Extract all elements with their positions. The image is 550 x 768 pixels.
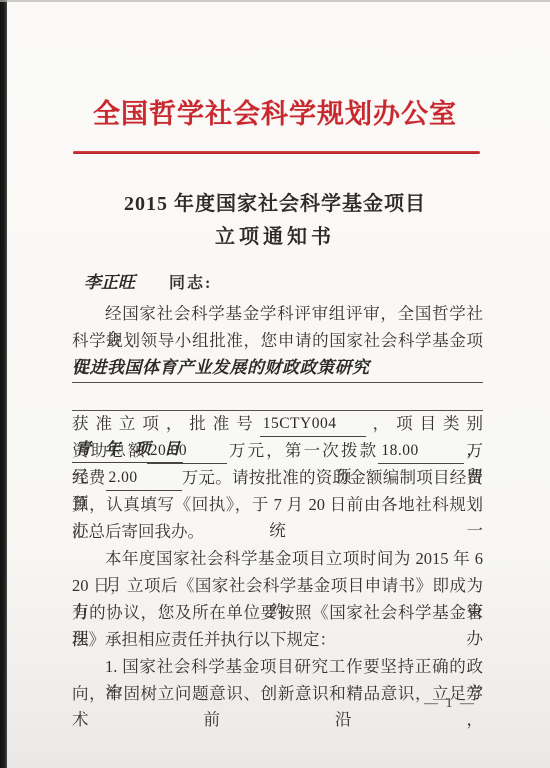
approval-prefix-label: 获准立项，批准号 [72, 414, 260, 433]
para3-line2: 20 日，立项后《国家社会科学基金项目申请书》即成为有约束 [72, 573, 483, 600]
total-grant-field: 20.00 [147, 439, 227, 464]
addressee-salutation: 同志: [169, 275, 212, 292]
para3-line1: 本年度国家社会科学基金项目立项时间为 2015 年 6 月 [72, 546, 483, 573]
doc-title-line1: 2015 年度国家社会科学基金项目 [10, 187, 540, 216]
para1-line1: 经国家社会科学基金学科评审组评审，全国哲学社会 [72, 301, 483, 328]
fields-line-approval: 获准立项，批准号15CTY004，项目类别青年项目， [72, 411, 483, 438]
project-title-handwritten: 促进我国体育产业发展的财政政策研究 [72, 358, 370, 377]
addressee-name-handwritten: 李正旺 [84, 273, 135, 292]
first-payment-field: 18.00 [378, 439, 464, 464]
fields-line-reserve: 经费2.00万元。请按批准的资助金额编制项目经费预 [72, 465, 483, 492]
total-grant-label: 资助总额 [72, 441, 147, 460]
para1-line2: 科学规划领导小组批准，您申请的国家社会科学基金项目 [72, 328, 483, 355]
reserved-fund-field: 2.00 [106, 466, 182, 491]
red-divider-line [73, 151, 480, 154]
fields-line4: 算，认真填写《回执》，于 7 月 20 日前由各地社科规划办统一 [72, 492, 483, 519]
fields-line-amounts: 资助总额20.00万元，第一次拨款18.00万元，预留 [72, 438, 483, 465]
reserve-fund-label: 经费 [72, 468, 106, 487]
page-number: — 1 — [72, 696, 484, 712]
addressee-line: 李正旺同志: [84, 268, 212, 293]
scan-edge-left [0, 0, 7, 768]
para4-line1: 1. 国家社会科学基金项目研究工作要坚持正确的政治方 [72, 654, 483, 681]
scan-edge-top [0, 0, 550, 2]
project-title-blank-line [72, 383, 483, 411]
project-title-line: 促进我国体育产业发展的财政政策研究 [72, 355, 483, 383]
first-payment-label: 万元，第一次拨款 [227, 441, 379, 460]
doc-title-line2: 立项通知书 [10, 220, 540, 249]
para3-line3: 力的协议，您及所在单位要按照《国家社会科学基金管理办 [72, 600, 483, 627]
approval-number-field: 15CTY004 [260, 412, 366, 437]
org-header-title: 全国哲学社会科学规划办公室 [10, 92, 540, 131]
document-body: 经国家社会科学基金学科评审组评审，全国哲学社会 科学规划领导小组批准，您申请的国… [72, 301, 483, 708]
category-label: ，项目类别 [366, 414, 483, 433]
